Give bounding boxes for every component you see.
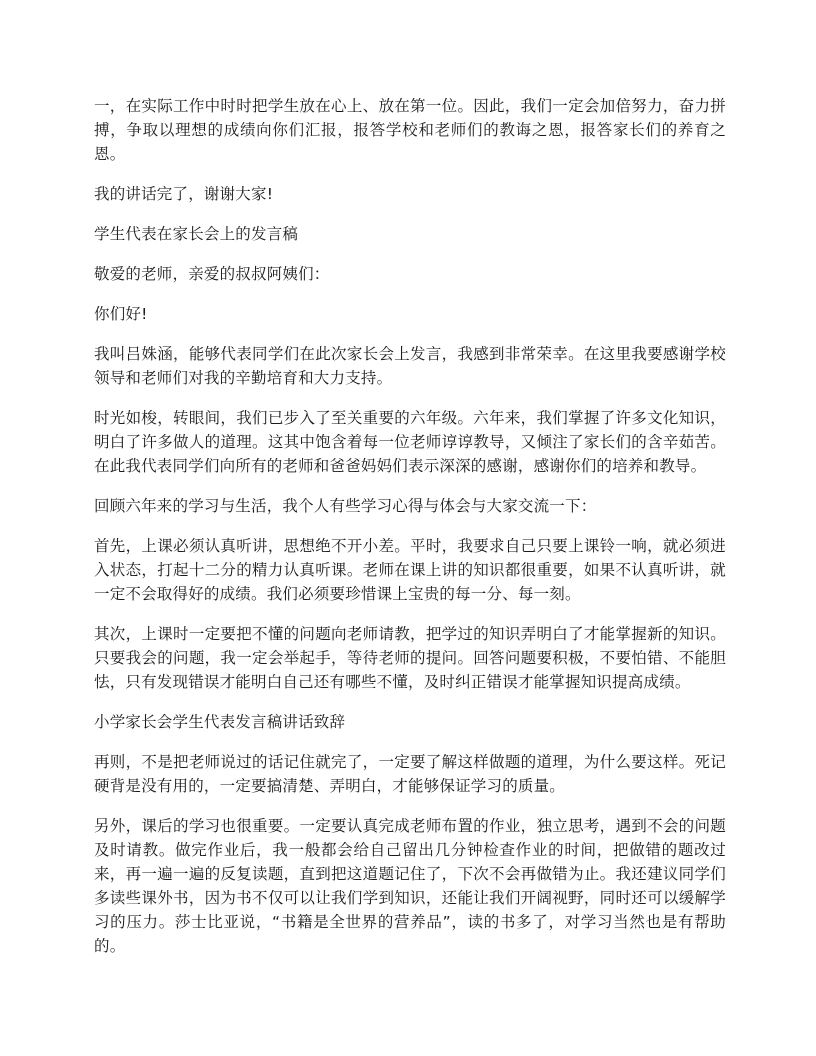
paragraph-first-point: 首先，上课必须认真听讲，思想绝不开小差。平时，我要求自己只要上课铃一响，就必须进…: [94, 534, 726, 606]
paragraph-closing-thanks: 我的讲话完了，谢谢大家!: [94, 182, 726, 206]
salutation: 敬爱的老师，亲爱的叔叔阿姨们：: [94, 262, 726, 286]
document-page: 一，在实际工作中时时把学生放在心上、放在第一位。因此，我们一定会加倍努力，奋力拼…: [94, 94, 726, 974]
paragraph-fourth-point: 另外，课后的学习也很重要。一定要认真完成老师布置的作业，独立思考，遇到不会的问题…: [94, 814, 726, 958]
paragraph-third-point: 再则，不是把老师说过的话记住就完了，一定要了解这样做题的道理，为什么要这样。死记…: [94, 750, 726, 798]
paragraph-gratitude: 时光如梭，转眼间，我们已步入了至关重要的六年级。六年来，我们掌握了许多文化知识，…: [94, 406, 726, 478]
section-subtitle: 小学家长会学生代表发言稿讲话致辞: [94, 710, 726, 734]
paragraph-introduction: 我叫吕姝涵，能够代表同学们在此次家长会上发言，我感到非常荣幸。在这里我要感谢学校…: [94, 342, 726, 390]
paragraph-conclusion: 一，在实际工作中时时把学生放在心上、放在第一位。因此，我们一定会加倍努力，奋力拼…: [94, 94, 726, 166]
greeting: 你们好!: [94, 302, 726, 326]
paragraph-review: 回顾六年来的学习与生活，我个人有些学习心得与体会与大家交流一下：: [94, 494, 726, 518]
paragraph-second-point: 其次，上课时一定要把不懂的问题向老师请教，把学过的知识弄明白了才能掌握新的知识。…: [94, 622, 726, 694]
section-title: 学生代表在家长会上的发言稿: [94, 222, 726, 246]
